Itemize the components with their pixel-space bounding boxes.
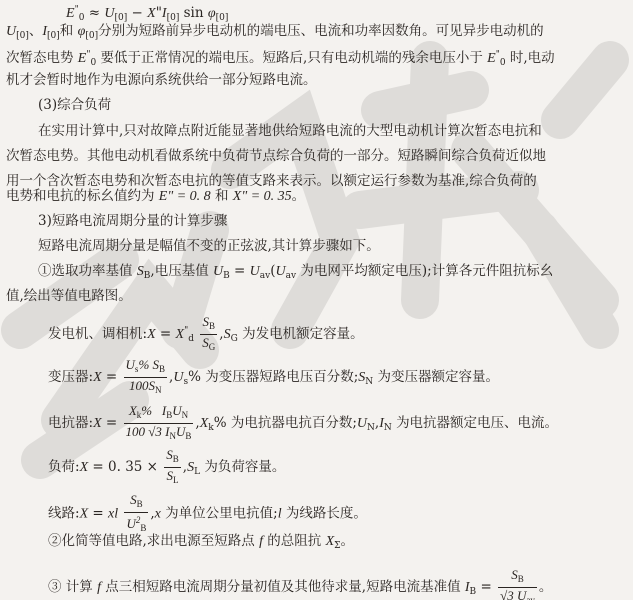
paragraph1-line1: U[0]、I[0]和 φ[0]分别为短路前异步电动机的端电压、电流和功率因数角。… xyxy=(6,21,544,46)
paragraph1-line3: 机才会暂时地作为电源向系统供给一部分短路电流。 xyxy=(6,70,317,90)
fraction-sb-over-sl: SBSL xyxy=(164,447,181,488)
step3: ③ 计算 f 点三相短路电流周期分量初值及其他待求量,短路电流基准值 IB = … xyxy=(48,567,552,600)
step1-line2: 值,绘出等值电路图。 xyxy=(6,286,132,306)
formula-line: 线路:X = xl SBU2B,x 为单位公里电抗值;l 为线路长度。 xyxy=(48,492,367,536)
paragraph1-line2: 次暂态电势 E"0 要低于正常情况的端电压。短路后,只有电动机端的残余电压小于 … xyxy=(6,45,555,73)
section-heading-composite-load: (3)综合负荷 xyxy=(38,95,111,115)
fraction-reactor: Xk% IBUN100 √3 INUB xyxy=(124,403,194,444)
formula-generator: 发电机、调相机:X = X"d SBSG,SG 为发电机额定容量。 xyxy=(48,314,364,355)
formula-load: 负荷:X = 0. 35 × SBSL,SL 为负荷容量。 xyxy=(48,447,285,488)
section-heading-calc-steps: 3)短路电流周期分量的计算步骤 xyxy=(38,211,227,231)
fraction-sb-over-sg: SBSG xyxy=(200,314,217,355)
step2: ②化简等值电路,求出电源至短路点 f 的总阻抗 XΣ。 xyxy=(48,531,354,556)
step1-line1: ①选取功率基值 SB,电压基值 UB = Uav(Uav 为电网平均额定电压);… xyxy=(38,261,553,286)
paragraph2-line4: 电势和电抗的标幺值约为 E" = 0. 8 和 X" = 0. 35。 xyxy=(6,186,305,207)
fraction-transformer: Us% SB100SN xyxy=(124,357,168,398)
fraction-sb-over-ub2: SBU2B xyxy=(124,492,148,536)
fraction-base-current: SB√3 Uav xyxy=(498,567,537,600)
formula-reactor: 电抗器:X = Xk% IBUN100 √3 INUB,Xk% 为电抗器电抗百分… xyxy=(48,403,558,444)
formula-transformer: 变压器:X = Us% SB100SN,Us% 为变压器短路电压百分数;SN 为… xyxy=(48,357,499,398)
paragraph2-line1: 在实用计算中,只对故障点附近能显著地供给短路电流的大型电动机计算次暂态电抗和 xyxy=(38,121,542,141)
steps-intro: 短路电流周期分量是幅值不变的正弦波,其计算步骤如下。 xyxy=(38,236,380,256)
textbook-page: E"0 ≈ U[0] − X"I[0] sin φ[0] U[0]、I[0]和 … xyxy=(0,0,633,600)
paragraph2-line2: 次暂态电势。其他电动机看做系统中负荷节点综合负荷的一部分。短路瞬间综合负荷近似地 xyxy=(6,146,546,166)
